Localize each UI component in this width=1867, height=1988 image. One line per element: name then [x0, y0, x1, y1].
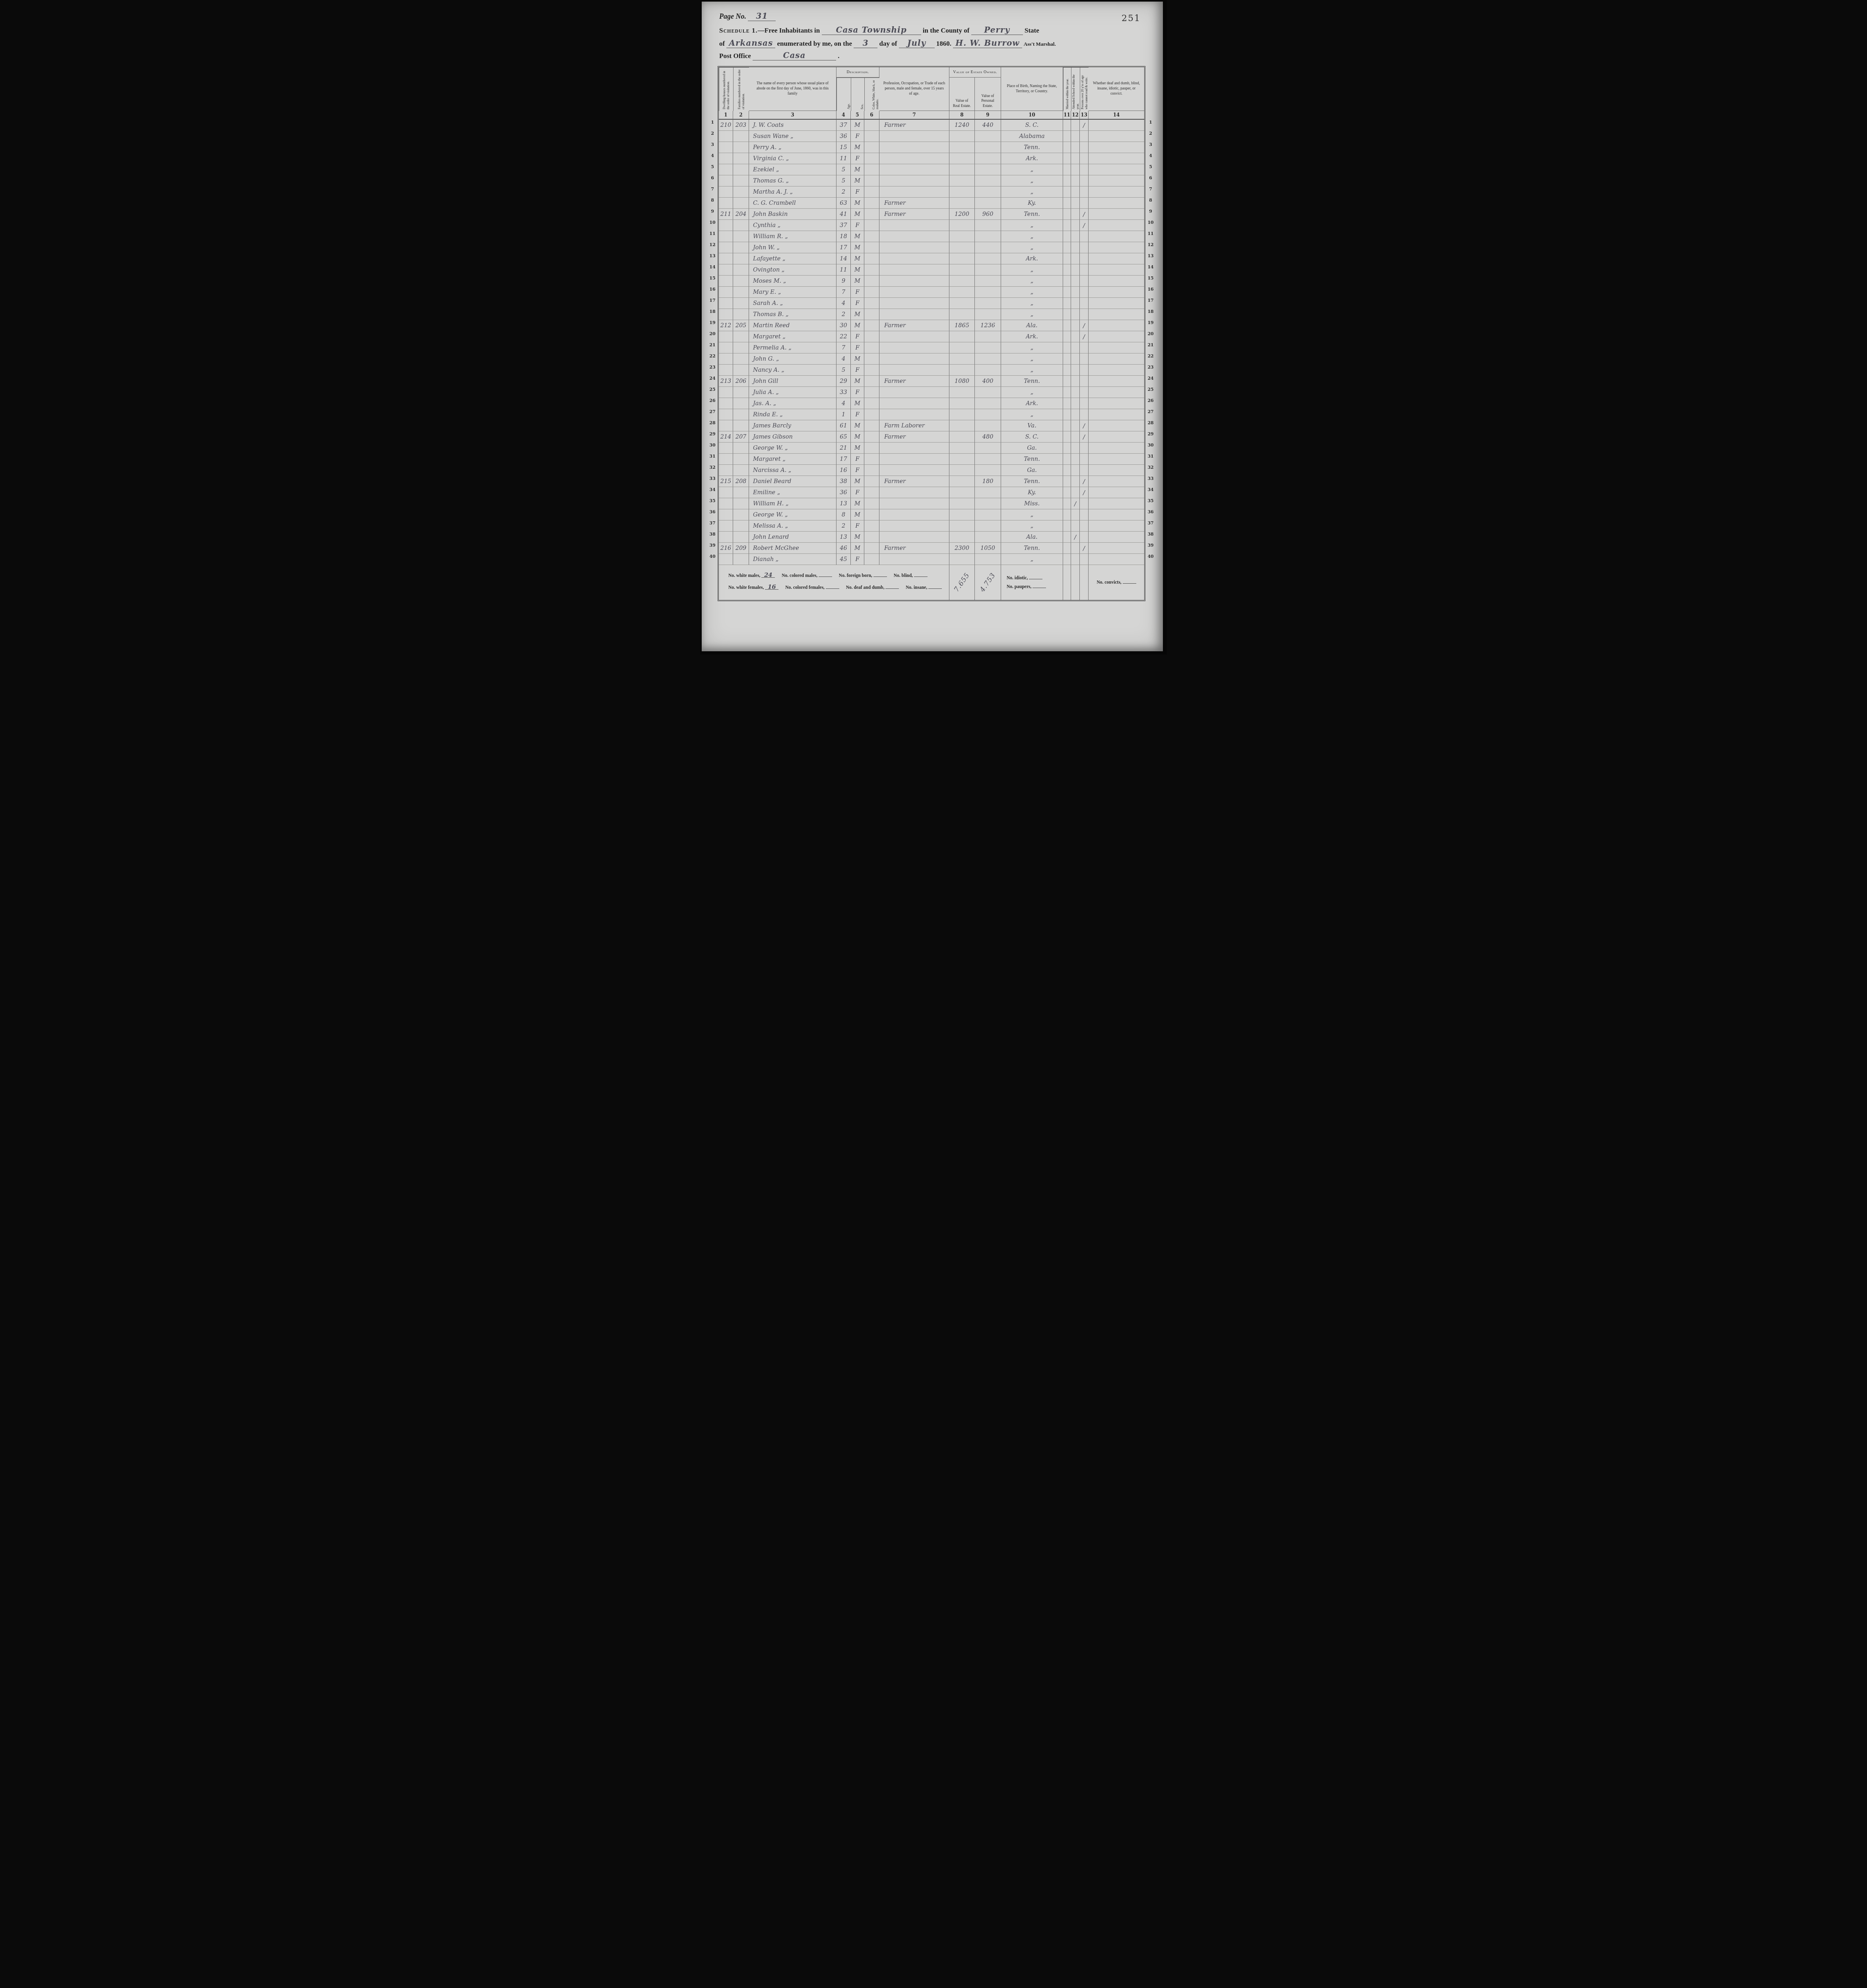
cell-col6	[864, 509, 879, 520]
cell-col10: S. C.	[1001, 431, 1063, 443]
cell-col14	[1089, 409, 1144, 420]
cell-col13	[1080, 520, 1089, 532]
cell-col5: M	[851, 431, 864, 443]
cell-col4: 46	[836, 543, 851, 554]
col-header-family: Families numbered in the order of visita…	[733, 67, 749, 111]
row-number: 34	[707, 484, 718, 495]
cell-col8	[949, 365, 975, 376]
cell-col9	[975, 365, 1001, 376]
row-number: 4	[707, 150, 718, 161]
col-num-12: 12	[1071, 111, 1080, 120]
cell-col8	[949, 198, 975, 209]
cell-col14	[1089, 164, 1144, 175]
cell-col11	[1063, 198, 1071, 209]
blind-label: No. blind,	[894, 573, 913, 578]
cell-col9	[975, 186, 1001, 198]
cell-col10: „	[1001, 186, 1063, 198]
cell-col12	[1071, 398, 1080, 409]
cell-col2	[733, 532, 749, 543]
cell-col11	[1063, 164, 1071, 175]
personal-estate-total: 4.753	[977, 570, 999, 596]
cell-col5: F	[851, 287, 864, 298]
col-num-7: 7	[879, 111, 949, 120]
col-header-dwelling: Dwelling-houses numbered in the order of…	[719, 67, 733, 111]
cell-col10: „	[1001, 387, 1063, 398]
cell-col13	[1080, 164, 1089, 175]
row-number: 26	[1145, 395, 1156, 406]
cell-col11	[1063, 320, 1071, 331]
paupers-line: No. paupers,	[1007, 584, 1063, 589]
cell-col1	[719, 387, 733, 398]
row-number: 3	[707, 139, 718, 150]
year-label: 1860.	[936, 40, 951, 47]
cell-col6	[864, 164, 879, 175]
cell-col4: 2	[836, 520, 851, 532]
cell-col13: /	[1080, 209, 1089, 220]
cell-col10: „	[1001, 309, 1063, 320]
cell-col8: 1200	[949, 209, 975, 220]
table-row: Thomas B. „2M„	[719, 309, 1144, 320]
cell-col12	[1071, 387, 1080, 398]
cell-col12	[1071, 131, 1080, 142]
row-number: 14	[1145, 262, 1156, 273]
cell-col7	[879, 131, 949, 142]
cell-col5: F	[851, 365, 864, 376]
cell-col10: Ala.	[1001, 532, 1063, 543]
cell-col10: „	[1001, 298, 1063, 309]
cell-col6	[864, 142, 879, 153]
right-gutter: 1234567891011121314151617181920212223242…	[1145, 66, 1156, 601]
row-number: 16	[1145, 284, 1156, 295]
cell-col4: 33	[836, 387, 851, 398]
cell-col13	[1080, 175, 1089, 186]
cell-col8	[949, 186, 975, 198]
cell-col4: 13	[836, 532, 851, 543]
cell-col4: 21	[836, 443, 851, 454]
cell-col6	[864, 454, 879, 465]
cell-col1: 211	[719, 209, 733, 220]
cell-col6	[864, 543, 879, 554]
cell-col3: Melissa A. „	[749, 520, 836, 532]
cell-col10: „	[1001, 231, 1063, 242]
table-row: 215208Daniel Beard38MFarmer180Tenn./	[719, 476, 1144, 487]
census-table-body: 210203J. W. Coats37MFarmer1240440S. C./S…	[719, 120, 1144, 565]
cell-col7	[879, 398, 949, 409]
cell-col5: M	[851, 376, 864, 387]
cell-col14	[1089, 353, 1144, 365]
cell-col5: F	[851, 186, 864, 198]
cell-col9	[975, 554, 1001, 565]
cell-col3: Narcissa A. „	[749, 465, 836, 476]
cell-col11	[1063, 398, 1071, 409]
col-num-13: 13	[1080, 111, 1089, 120]
cell-col9	[975, 509, 1001, 520]
cell-col3: Susan Wane „	[749, 131, 836, 142]
cell-col6	[864, 365, 879, 376]
cell-col10: „	[1001, 242, 1063, 253]
census-table: Dwelling-houses numbered in the order of…	[719, 67, 1144, 600]
left-gutter: 1234567891011121314151617181920212223242…	[707, 66, 718, 601]
cell-col5: M	[851, 398, 864, 409]
cell-col1	[719, 520, 733, 532]
cell-col7: Farm Laborer	[879, 420, 949, 431]
cell-col3: Daniel Beard	[749, 476, 836, 487]
cell-col10: Ark.	[1001, 253, 1063, 264]
cell-col6	[864, 120, 879, 131]
cell-col14	[1089, 276, 1144, 287]
table-row: Moses M. „9M„	[719, 276, 1144, 287]
cell-col11	[1063, 465, 1071, 476]
row-number: 8	[707, 195, 718, 206]
blind-value	[914, 577, 928, 577]
cell-col9	[975, 153, 1001, 164]
cell-col4: 29	[836, 376, 851, 387]
cell-col2	[733, 186, 749, 198]
real-estate-total: 7.655	[951, 570, 972, 595]
cell-col14	[1089, 431, 1144, 443]
cell-col14	[1089, 487, 1144, 498]
cell-col3: Jas. A. „	[749, 398, 836, 409]
cell-col6	[864, 287, 879, 298]
table-row: Cynthia „37F„/	[719, 220, 1144, 231]
cell-col3: Permelia A. „	[749, 342, 836, 353]
idiotic-label: No. idiotic,	[1007, 576, 1028, 580]
cell-col14	[1089, 420, 1144, 431]
cell-col4: 37	[836, 220, 851, 231]
cell-col13	[1080, 387, 1089, 398]
table-row: Margaret „22FArk./	[719, 331, 1144, 342]
post-office-label: Post Office	[719, 52, 751, 60]
row-number: 13	[707, 250, 718, 262]
cell-col5: F	[851, 331, 864, 342]
cell-col11	[1063, 175, 1071, 186]
cell-col14	[1089, 387, 1144, 398]
cell-col5: M	[851, 353, 864, 365]
of-label: of	[719, 40, 725, 47]
cell-col11	[1063, 242, 1071, 253]
cell-col12	[1071, 264, 1080, 276]
cell-col14	[1089, 198, 1144, 209]
cell-col12	[1071, 487, 1080, 498]
cell-col4: 37	[836, 120, 851, 131]
col-num-1: 1	[719, 111, 733, 120]
cell-col12	[1071, 331, 1080, 342]
col-header-occupation: Profession, Occupation, or Trade of each…	[879, 67, 949, 111]
cell-col9	[975, 465, 1001, 476]
cell-col4: 8	[836, 509, 851, 520]
deaf-dumb-label: No. deaf and dumb,	[846, 585, 885, 590]
cell-col1	[719, 465, 733, 476]
cell-col9: 480	[975, 431, 1001, 443]
cell-col2	[733, 554, 749, 565]
cell-col6	[864, 264, 879, 276]
cell-col9	[975, 398, 1001, 409]
cell-col9: 440	[975, 120, 1001, 131]
cell-col3: William H. „	[749, 498, 836, 509]
cell-col4: 36	[836, 487, 851, 498]
cell-col4: 11	[836, 264, 851, 276]
table-row: C. G. Crambell63MFarmerKy.	[719, 198, 1144, 209]
cell-col11	[1063, 298, 1071, 309]
row-number: 37	[1145, 518, 1156, 529]
col-num-8: 8	[949, 111, 975, 120]
col-num-5: 5	[851, 111, 864, 120]
row-number: 36	[707, 507, 718, 518]
row-number: 15	[1145, 273, 1156, 284]
cell-col9	[975, 142, 1001, 153]
schedule-line-2: of Arkansas enumerated by me, on the 3 d…	[719, 38, 1157, 48]
cell-col11	[1063, 287, 1071, 298]
cell-col8	[949, 409, 975, 420]
cell-col10: „	[1001, 520, 1063, 532]
county-label: in the County of	[923, 27, 970, 34]
cell-col12	[1071, 287, 1080, 298]
cell-col14	[1089, 365, 1144, 376]
col-num-4: 4	[836, 111, 851, 120]
col-header-school: Attended School within the year.	[1071, 67, 1080, 111]
cell-col1	[719, 509, 733, 520]
cell-col4: 4	[836, 298, 851, 309]
cell-col11	[1063, 276, 1071, 287]
cell-col7	[879, 454, 949, 465]
cell-col14	[1089, 476, 1144, 487]
row-number: 37	[707, 518, 718, 529]
cell-col10: „	[1001, 554, 1063, 565]
cell-col9: 400	[975, 376, 1001, 387]
cell-col12	[1071, 353, 1080, 365]
cell-col9	[975, 175, 1001, 186]
cell-col8	[949, 498, 975, 509]
cell-col11	[1063, 476, 1071, 487]
cell-col2: 208	[733, 476, 749, 487]
cell-col7	[879, 298, 949, 309]
cell-col3: Thomas G. „	[749, 175, 836, 186]
cell-col10: S. C.	[1001, 120, 1063, 131]
cell-col2: 209	[733, 543, 749, 554]
post-office-period: .	[838, 52, 839, 60]
footer-line-1: No. white males, 24 No. colored males, N…	[728, 573, 947, 578]
cell-col1	[719, 198, 733, 209]
row-number: 10	[1145, 217, 1156, 228]
col-header-married: Married within the year.	[1063, 67, 1071, 111]
cell-col13: /	[1080, 331, 1089, 342]
row-number: 14	[707, 262, 718, 273]
state-label: State	[1025, 27, 1039, 34]
table-row: 210203J. W. Coats37MFarmer1240440S. C./	[719, 120, 1144, 131]
cell-col7	[879, 342, 949, 353]
cell-col5: F	[851, 487, 864, 498]
cell-col7	[879, 365, 949, 376]
table-row: James Barcly61MFarm LaborerVa./	[719, 420, 1144, 431]
cell-col3: James Barcly	[749, 420, 836, 431]
cell-col13	[1080, 465, 1089, 476]
table-row: Emiline „36FKy./	[719, 487, 1144, 498]
cell-col9	[975, 331, 1001, 342]
cell-col4: 9	[836, 276, 851, 287]
colored-females-label: No. colored females,	[785, 585, 825, 590]
row-number: 1	[1145, 117, 1156, 128]
cell-col6	[864, 198, 879, 209]
group-header-description: Description.	[836, 67, 879, 78]
cell-col8	[949, 298, 975, 309]
cell-col4: 41	[836, 209, 851, 220]
cell-col6	[864, 476, 879, 487]
cell-col12	[1071, 253, 1080, 264]
cell-col7	[879, 287, 949, 298]
cell-col7: Farmer	[879, 431, 949, 443]
cell-col12	[1071, 242, 1080, 253]
colored-males-label: No. colored males,	[782, 573, 817, 578]
cell-col1	[719, 287, 733, 298]
cell-col7	[879, 387, 949, 398]
cell-col4: 22	[836, 331, 851, 342]
row-number: 4	[1145, 150, 1156, 161]
cell-col1	[719, 331, 733, 342]
row-number: 11	[1145, 228, 1156, 239]
cell-col12	[1071, 476, 1080, 487]
col-num-9: 9	[975, 111, 1001, 120]
cell-col6	[864, 342, 879, 353]
cell-col11	[1063, 554, 1071, 565]
cell-col1: 215	[719, 476, 733, 487]
cell-col9	[975, 498, 1001, 509]
cell-col1	[719, 309, 733, 320]
cell-col14	[1089, 320, 1144, 331]
cell-col14	[1089, 175, 1144, 186]
table-row: William H. „13MMiss./	[719, 498, 1144, 509]
deaf-dumb-value	[885, 588, 899, 589]
cell-col5: M	[851, 476, 864, 487]
footer-line-2: No. white females, 16 No. colored female…	[728, 584, 947, 590]
cell-col13	[1080, 353, 1089, 365]
cell-col11	[1063, 331, 1071, 342]
cell-col7	[879, 175, 949, 186]
cell-col1	[719, 164, 733, 175]
table-row: Ovington „11M„	[719, 264, 1144, 276]
cell-col2	[733, 420, 749, 431]
cell-col8	[949, 487, 975, 498]
cell-col8	[949, 509, 975, 520]
cell-col11	[1063, 131, 1071, 142]
census-table-frame: Dwelling-houses numbered in the order of…	[718, 66, 1145, 601]
cell-col14	[1089, 376, 1144, 387]
cell-col13	[1080, 242, 1089, 253]
cell-col10: Ga.	[1001, 443, 1063, 454]
cell-col13	[1080, 409, 1089, 420]
cell-col9	[975, 342, 1001, 353]
cell-col3: C. G. Crambell	[749, 198, 836, 209]
cell-col11	[1063, 543, 1071, 554]
cell-col13: /	[1080, 320, 1089, 331]
row-number: 22	[707, 351, 718, 362]
cell-col13	[1080, 443, 1089, 454]
table-row: Margaret „17FTenn.	[719, 454, 1144, 465]
cell-col1	[719, 353, 733, 365]
cell-col10: Ark.	[1001, 153, 1063, 164]
cell-col8	[949, 342, 975, 353]
row-number: 18	[1145, 306, 1156, 317]
footer-real-total-cell: 7.655	[949, 565, 975, 600]
cell-col2	[733, 253, 749, 264]
cell-col13	[1080, 264, 1089, 276]
row-number: 18	[707, 306, 718, 317]
cell-col13	[1080, 186, 1089, 198]
cell-col13: /	[1080, 220, 1089, 231]
cell-col4: 38	[836, 476, 851, 487]
cell-col12	[1071, 209, 1080, 220]
cell-col5: M	[851, 120, 864, 131]
cell-col7: Farmer	[879, 198, 949, 209]
cell-col5: M	[851, 175, 864, 186]
cell-col9: 960	[975, 209, 1001, 220]
page-no-value: 31	[748, 11, 776, 21]
convicts-value	[1123, 583, 1136, 584]
cell-col8	[949, 220, 975, 231]
cell-col9	[975, 231, 1001, 242]
cell-col13	[1080, 554, 1089, 565]
row-number: 27	[707, 406, 718, 417]
cell-col9	[975, 487, 1001, 498]
cell-col1	[719, 231, 733, 242]
cell-col4: 17	[836, 454, 851, 465]
cell-col3: Emiline „	[749, 487, 836, 498]
footer-convicts-cell: No. convicts,	[1089, 565, 1144, 600]
cell-col10: Ark.	[1001, 331, 1063, 342]
cell-col10: Ala.	[1001, 320, 1063, 331]
cell-col4: 1	[836, 409, 851, 420]
cell-col11	[1063, 264, 1071, 276]
table-row: John Lenard13MAla./	[719, 532, 1144, 543]
cell-col7	[879, 509, 949, 520]
cell-col5: F	[851, 153, 864, 164]
col-header-color: Color, White, black, or mulatto.	[864, 78, 879, 111]
cell-col3: Dianah „	[749, 554, 836, 565]
cell-col11	[1063, 498, 1071, 509]
cell-col4: 5	[836, 175, 851, 186]
row-number: 21	[707, 340, 718, 351]
cell-col13	[1080, 131, 1089, 142]
cell-col2	[733, 198, 749, 209]
cell-col14	[1089, 220, 1144, 231]
cell-col7: Farmer	[879, 209, 949, 220]
cell-col8	[949, 353, 975, 365]
cell-col11	[1063, 409, 1071, 420]
cell-col14	[1089, 186, 1144, 198]
cell-col14	[1089, 498, 1144, 509]
cell-col1: 214	[719, 431, 733, 443]
cell-col6	[864, 498, 879, 509]
cell-col10: „	[1001, 175, 1063, 186]
col-header-real-estate: Value of Real Estate.	[949, 78, 975, 111]
cell-col8	[949, 465, 975, 476]
cell-col7: Farmer	[879, 543, 949, 554]
cell-col6	[864, 387, 879, 398]
cell-col8	[949, 520, 975, 532]
cell-col14	[1089, 209, 1144, 220]
table-row: Jas. A. „4MArk.	[719, 398, 1144, 409]
row-number: 15	[707, 273, 718, 284]
cell-col12	[1071, 231, 1080, 242]
table-footer: No. white males, 24 No. colored males, N…	[719, 565, 1144, 600]
col-header-cannot-read: Persons over 20 y'rs of age who cannot r…	[1080, 67, 1089, 111]
cell-col4: 4	[836, 353, 851, 365]
foreign-born-label: No. foreign born,	[839, 573, 872, 578]
cell-col13	[1080, 309, 1089, 320]
cell-col11	[1063, 186, 1071, 198]
cell-col5: F	[851, 131, 864, 142]
cell-col7	[879, 520, 949, 532]
cell-col2	[733, 365, 749, 376]
